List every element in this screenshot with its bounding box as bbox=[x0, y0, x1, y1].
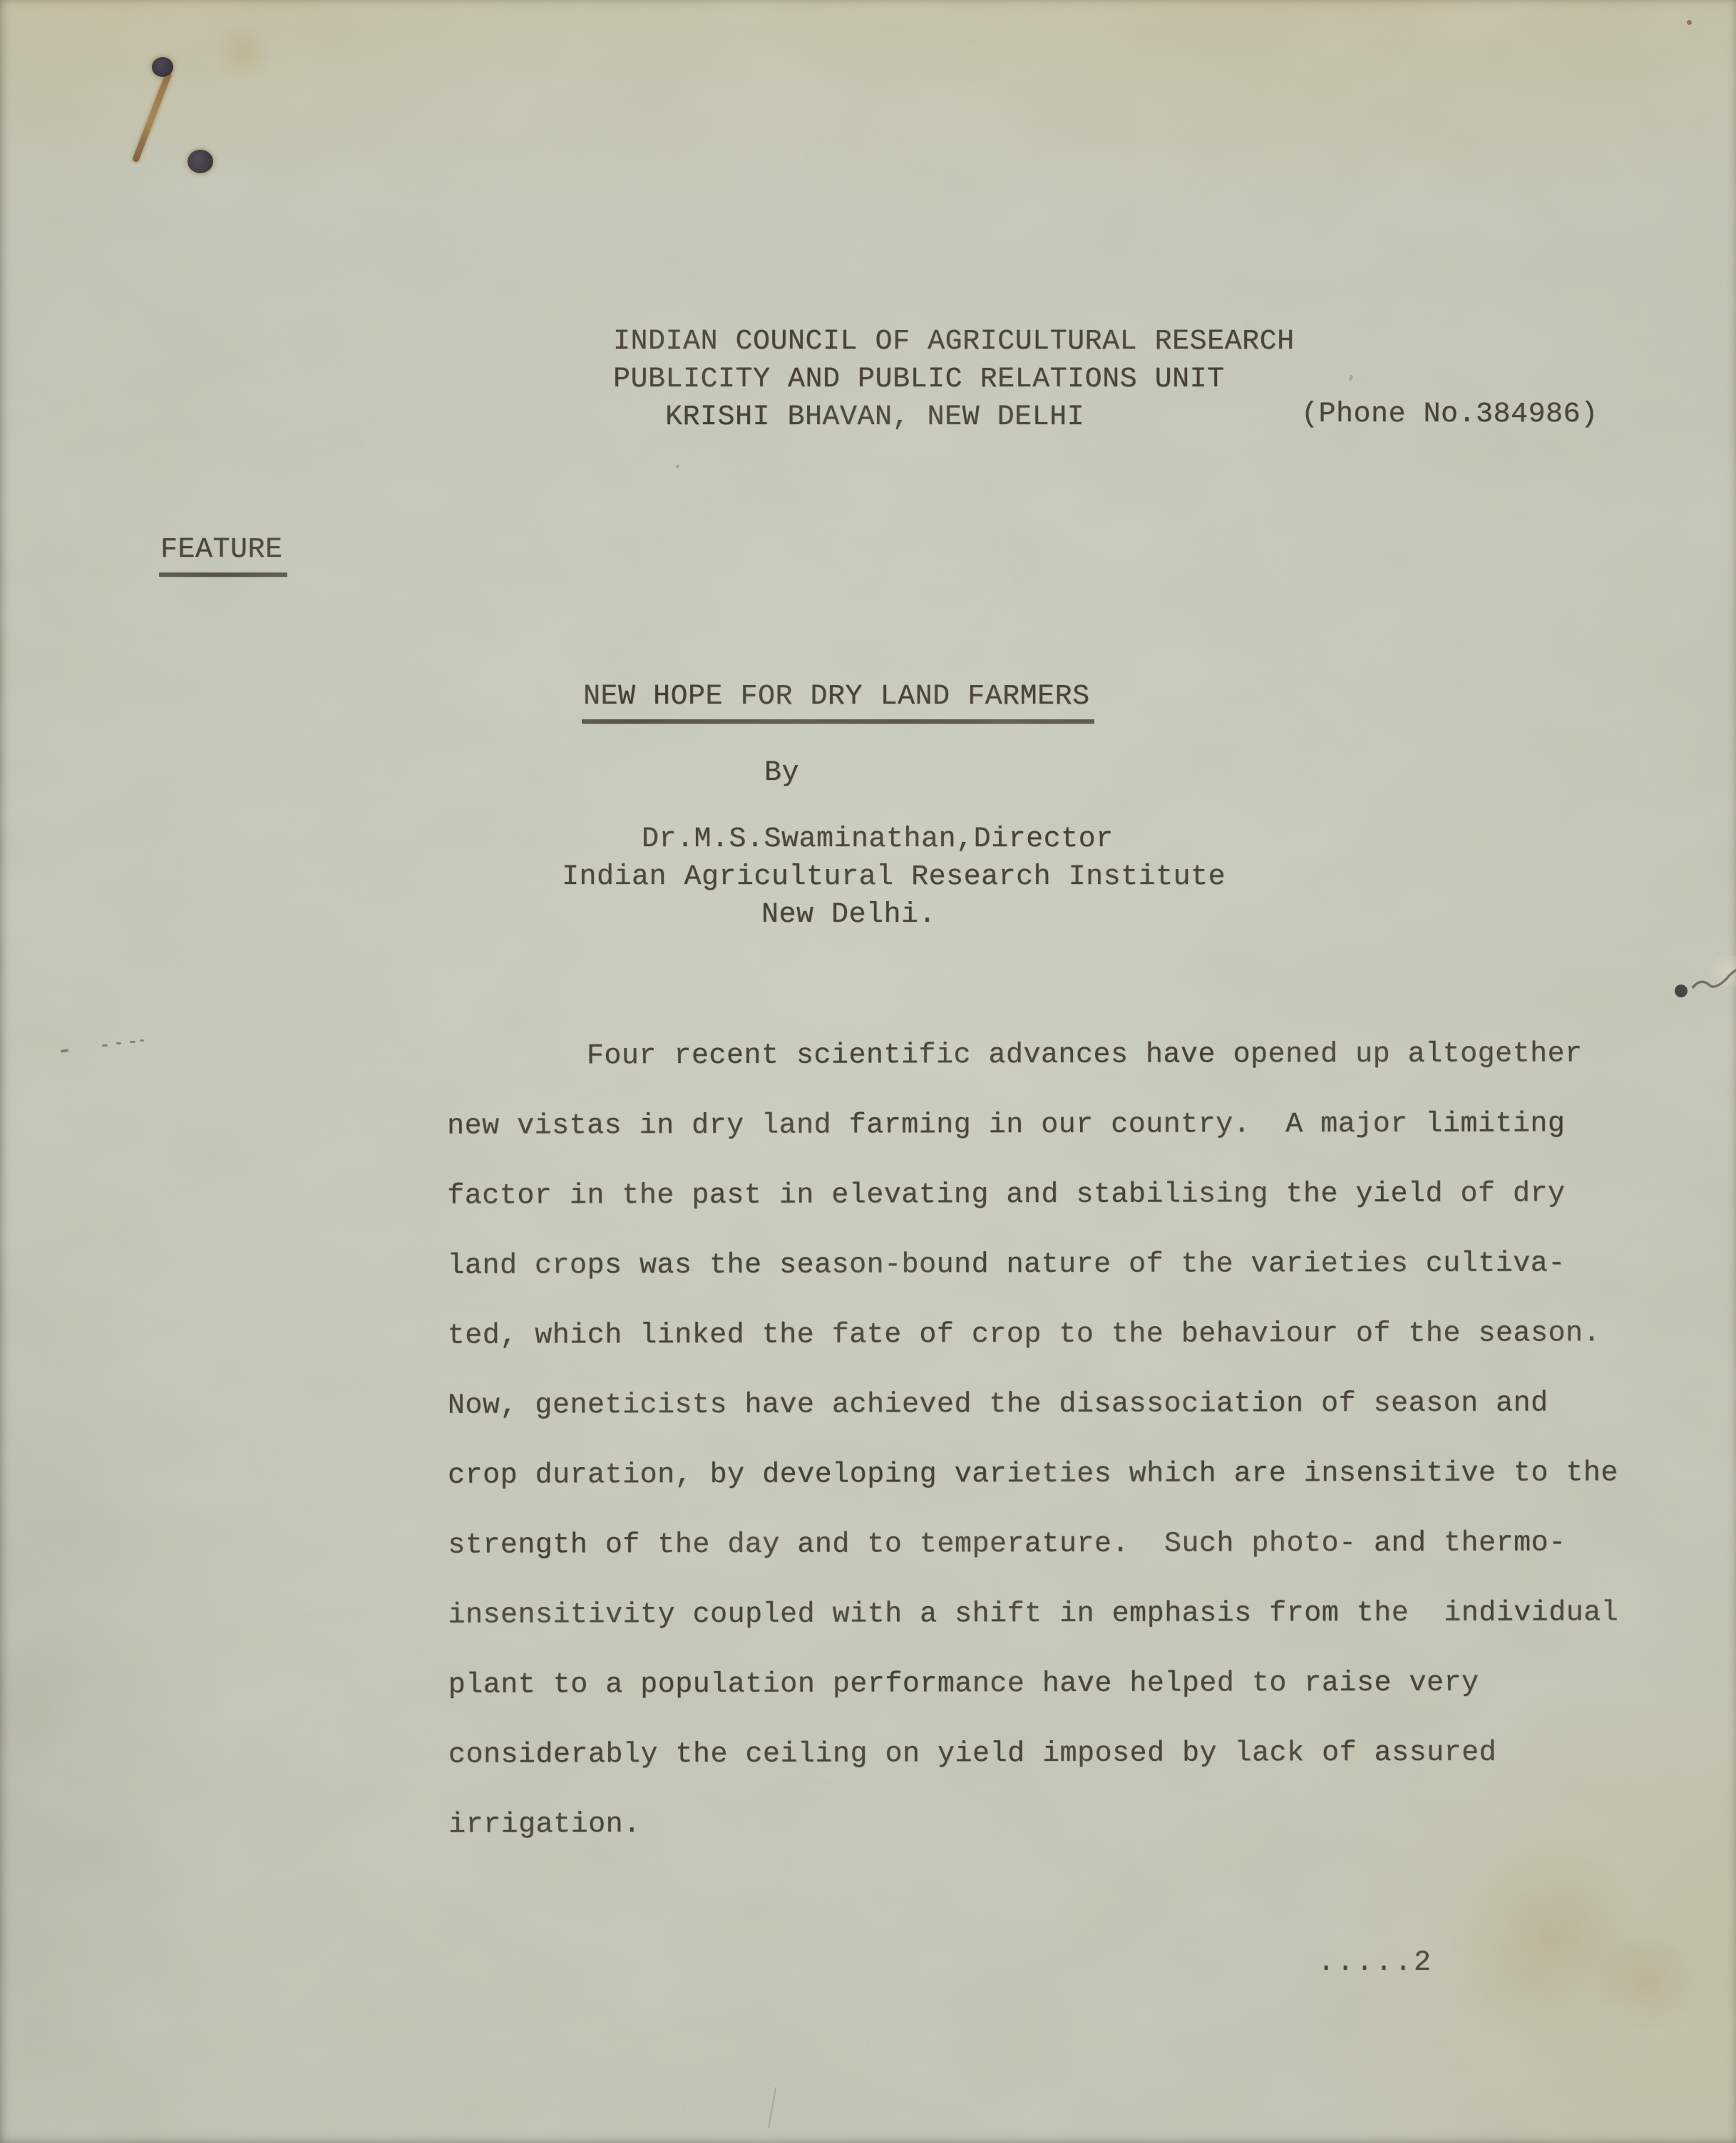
staple-leg bbox=[132, 71, 172, 163]
letterhead-org-name: INDIAN COUNCIL OF AGRICULTURAL RESEARCH bbox=[613, 327, 1295, 358]
letterhead-phone-number: (Phone No.384986) bbox=[1301, 399, 1598, 431]
ink-speck bbox=[130, 1041, 135, 1043]
article-title: NEW HOPE FOR DRY LAND FARMERS bbox=[583, 682, 1094, 713]
document-page: INDIAN COUNCIL OF AGRICULTURAL RESEARCH … bbox=[0, 0, 1736, 2143]
staple-mark bbox=[146, 51, 232, 180]
feature-label-text: FEATURE bbox=[159, 534, 287, 577]
staple-hole-top bbox=[152, 57, 173, 77]
ink-speck bbox=[676, 465, 679, 468]
article-body-paragraph: Four recent scientific advances have ope… bbox=[447, 1019, 1619, 1860]
article-title-text: NEW HOPE FOR DRY LAND FARMERS bbox=[582, 681, 1094, 724]
ink-speck bbox=[116, 1042, 121, 1044]
author-city: New Delhi. bbox=[761, 900, 936, 931]
page-continuation-marker: .....2 bbox=[1318, 1948, 1433, 1979]
ink-speck bbox=[140, 1039, 144, 1042]
ink-speck bbox=[102, 1044, 108, 1047]
paper-fiber-mark bbox=[768, 2087, 776, 2128]
author-organization: Indian Agricultural Research Institute bbox=[562, 862, 1226, 893]
letterhead-address: KRISHI BHAVAN, NEW DELHI bbox=[665, 402, 1084, 433]
foxing-stain bbox=[1590, 1938, 1704, 2030]
feature-label: FEATURE bbox=[160, 535, 287, 566]
ink-speck bbox=[61, 1049, 68, 1052]
letterhead-unit-name: PUBLICITY AND PUBLIC RELATIONS UNIT bbox=[613, 364, 1225, 396]
author-name: Dr.M.S.Swaminathan,Director bbox=[642, 824, 1114, 855]
ink-speck bbox=[1349, 375, 1353, 381]
staple-hole-bottom bbox=[188, 150, 213, 173]
ink-speck bbox=[1687, 20, 1692, 25]
byline: By bbox=[764, 758, 799, 789]
ink-blot-mark bbox=[1661, 948, 1736, 1012]
